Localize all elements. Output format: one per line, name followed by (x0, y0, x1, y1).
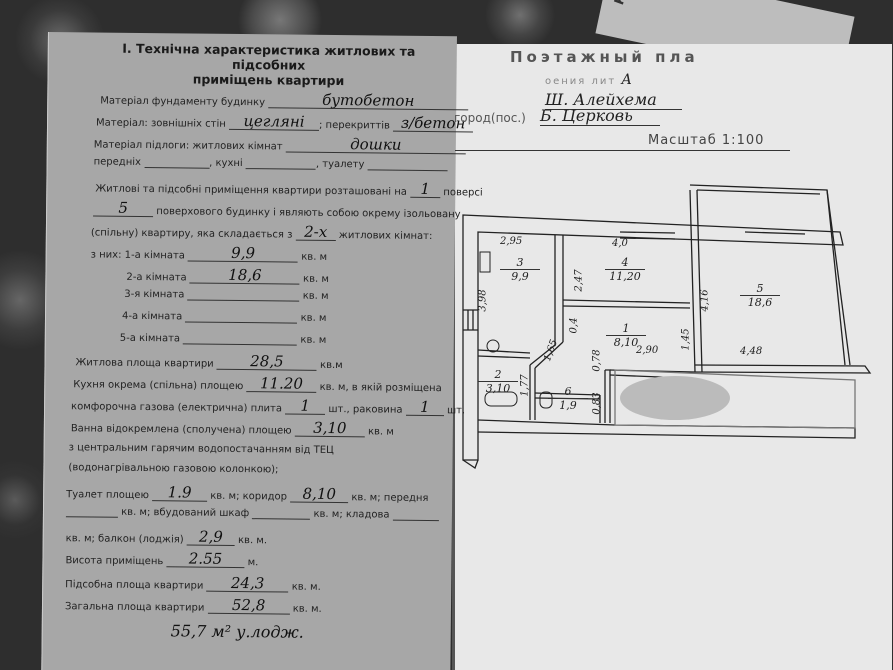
dim-label: 2,95 (500, 236, 522, 247)
stove-row: комфорочна газова (електрична) плита 1 ш… (71, 396, 465, 416)
foundation-field[interactable]: бутобетон (268, 92, 468, 110)
bath-row: Ванна відокремлена (сполучена) площею 3,… (71, 418, 394, 437)
room-4-area-field[interactable] (185, 321, 297, 323)
dim-label: 1,45 (681, 328, 692, 350)
balcony-area-field[interactable]: 2,9 (187, 529, 235, 546)
walls-row: Матеріал: зовнішніх стін цегляні; перекр… (96, 113, 473, 133)
living-area-row: Житлова площа квартири 28,5 кв.м (75, 352, 342, 371)
plan-city-label: город(пос.) (454, 111, 526, 125)
dim-label: 3,98 (478, 289, 489, 311)
plan-header-rule (455, 150, 790, 151)
room-3-label: 39,9 (500, 256, 540, 283)
dim-label: 0,83 (592, 392, 603, 414)
room-3-area-field[interactable] (188, 299, 300, 301)
room-1-area-field[interactable]: 9,9 (188, 245, 298, 262)
sink-count-field[interactable]: 1 (406, 400, 444, 416)
kitchen-floor-field[interactable] (246, 168, 316, 170)
aux-area-field[interactable]: 24,3 (207, 576, 289, 593)
room-row-1: з них: 1-а кімната 9,9 кв. м (91, 244, 328, 262)
toilet-floor-field[interactable] (368, 169, 448, 171)
plan-city: Б. Церковь (540, 106, 660, 126)
dim-label: 4,16 (700, 289, 711, 311)
water-heater-icon (487, 340, 499, 352)
rooms-count-row: (спільну) квартиру, яка складається з 2-… (91, 222, 433, 242)
wardrobe-row: кв. м; вбудований шкаф кв. м; кладова (66, 506, 439, 521)
dim-label: 4,0 (612, 238, 628, 249)
toilet-area-field[interactable]: 1.9 (152, 485, 207, 502)
kitchen-area-field[interactable]: 11.20 (246, 376, 316, 393)
plan-subtitle: оения лит А (545, 72, 634, 88)
bath-area-field[interactable]: 3,10 (295, 421, 365, 438)
technical-form-page: I. Технічна характеристика житлових та п… (41, 32, 457, 670)
room-5-area-field[interactable] (183, 343, 297, 345)
storage-area-field[interactable] (393, 520, 439, 521)
balcony-row: кв. м; балкон (лоджія) 2,9 кв. м. (66, 528, 268, 546)
floor-plan-drawing (455, 170, 893, 480)
room-4-label: 411,20 (605, 256, 645, 283)
hall-floor-field[interactable] (144, 167, 209, 169)
dim-label: 2,90 (636, 345, 658, 356)
kitchen-row: Кухня окрема (спільна) площею 11.20 кв. … (73, 374, 442, 394)
rooms-count-field[interactable]: 2-х (296, 225, 336, 241)
room-row-2: 2-а кімната 18,6 кв. м (126, 267, 329, 285)
room-row-3: 3-я кімната кв. м (124, 289, 328, 302)
aux-area-row: Підсобна площа квартири 24,3 кв. м. (65, 574, 321, 593)
form-title: I. Технічна характеристика житлових та п… (118, 41, 418, 89)
foundation-row: Матеріал фундаменту будинку бутобетон (100, 91, 468, 111)
floor-materials-row: передніх , кухні , туалету (94, 156, 448, 171)
stove-count-field[interactable]: 1 (285, 399, 325, 415)
room-row-4: 4-а кімната кв. м (122, 311, 327, 324)
blurred-region (620, 376, 730, 420)
location-row: Житлові та підсобні приміщення квартири … (95, 179, 482, 199)
floors-row: Матеріал підлоги: житлових кімнат дошки (94, 134, 466, 154)
living-area-field[interactable]: 28,5 (217, 354, 317, 371)
total-area-row: Загальна площа квартири 52,8 кв. м. (65, 596, 322, 615)
plan-title: Поэтажный пла (510, 48, 699, 66)
dim-label: 4,48 (740, 346, 762, 357)
hot-water-line-2: (водонагрівальною газовою колонкою); (68, 462, 278, 475)
dim-label: 0,4 (568, 318, 579, 334)
plan-scale: Масштаб 1:100 (648, 133, 764, 148)
storeys-field[interactable]: 5 (93, 200, 153, 217)
dim-label: 1,77 (520, 374, 531, 396)
toilet-corridor-row: Туалет площею 1.9 кв. м; коридор 8,10 кв… (66, 484, 428, 504)
wardrobe-area-field[interactable] (252, 518, 310, 520)
room-2-area-field[interactable]: 18,6 (190, 267, 300, 284)
hot-water-line-1: з центральним гарячим водопостачанням ві… (69, 442, 334, 456)
height-field[interactable]: 2.55 (166, 551, 244, 568)
room-6-label: 61,9 (548, 385, 588, 412)
height-row: Висота приміщень 2.55 м. (65, 550, 258, 568)
stove-icon (480, 252, 490, 272)
room-2-label: 23,10 (478, 368, 518, 395)
storeys-row: 5 поверхового будинку і являють собою ок… (93, 200, 461, 220)
total-area-field[interactable]: 52,8 (208, 598, 290, 615)
corridor-area-field[interactable]: 8,10 (290, 487, 348, 504)
room-row-5: 5-а кімната кв. м (120, 333, 327, 346)
dim-label: 0,78 (592, 349, 603, 371)
dim-label: 2,47 (574, 269, 585, 291)
front-area-field[interactable] (66, 516, 118, 518)
floors-field[interactable]: дошки (286, 136, 466, 154)
floor-field[interactable]: 1 (410, 182, 440, 198)
walls-field[interactable]: цегляні (229, 114, 319, 131)
handwritten-note: 55,7 м² у.лодж. (171, 621, 304, 641)
room-5-label: 518,6 (740, 282, 780, 309)
